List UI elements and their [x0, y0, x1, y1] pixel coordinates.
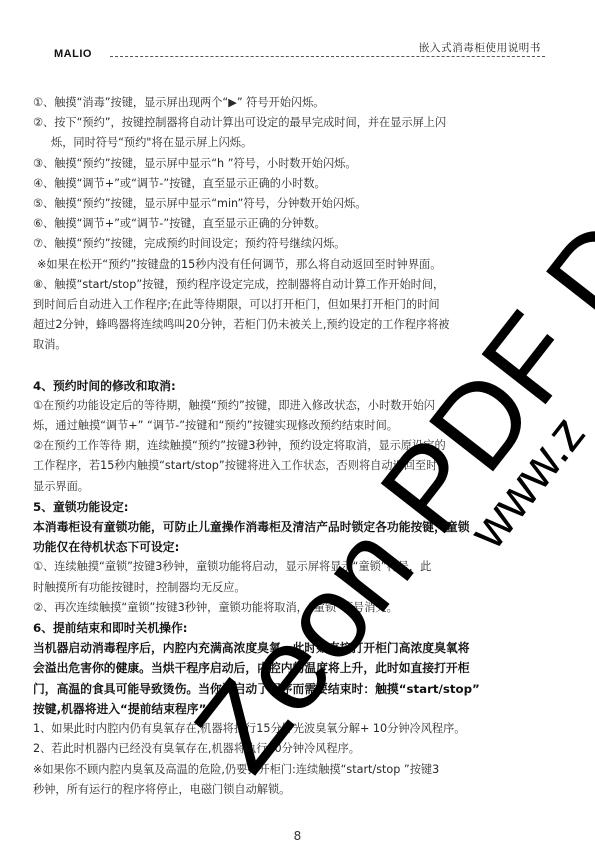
- section-4-line: 工作程序，若15秒内触摸“start/stop”按键将进入工作状态，否则将自动返…: [33, 456, 563, 476]
- section-5-heading: 5、童锁功能设定:: [33, 497, 563, 517]
- section-4-line: 显示界面。: [33, 477, 563, 497]
- section-5-line: ②、再次连续触摸“童锁”按键3秒钟，童锁功能将取消，“童锁”符号消失。: [33, 598, 563, 618]
- spacer: [33, 356, 563, 376]
- step-3: ③、触摸“预约”按键，显示屏中显示“h ”符号，小时数开始闪烁。: [33, 154, 563, 174]
- section-5-line: ①、连续触摸“童锁”按键3秒钟，童锁功能将启动，显示屏将显示“童锁”符号，此: [33, 557, 563, 577]
- section-6-line: 2、若此时机器内已经没有臭氧存在,机器将执行10分钟冷风程序。: [33, 739, 563, 759]
- section-6-line: 1、如果此时内腔内仍有臭氧存在,机器将执行15分钟光波臭氧分解+ 10分钟冷风程…: [33, 719, 563, 739]
- document-title: 嵌入式消毒柜使用说明书: [417, 40, 541, 55]
- step-1: ①、触摸“消毒”按键，显示屏出现两个“▶” 符号开始闪烁。: [33, 93, 563, 113]
- step-4: ④、触摸“调节+”或“调节-”按键，直至显示正确的小时数。: [33, 174, 563, 194]
- step-8-cont-2: 超过2分钟，蜂鸣器将连续鸣叫20分钟，若柜门仍未被关上,预约设定的工作程序将被: [33, 315, 563, 335]
- step-5: ⑤、触摸“预约”按键，显示屏中显示“min”符号，分钟数开始闪烁。: [33, 194, 563, 214]
- page-number: 8: [0, 829, 595, 843]
- step-8-cont-3: 取消。: [33, 335, 563, 355]
- step-8: ⑧、触摸“start/stop”按键，预约程序设定完成，控制器将自动计算工作开始…: [33, 275, 563, 295]
- section-4-line: ①在预约功能设定后的等待期，触摸“预约”按键，即进入修改状态，小时数开始闪: [33, 396, 563, 416]
- step-2-cont: 烁，同时符号“预约"将在显示屏上闪烁。: [33, 133, 563, 153]
- section-6-line: ※如果你不顾内腔内臭氧及高温的危险,仍要打开柜门:连续触摸“start/stop…: [33, 760, 563, 780]
- section-5-bold-line: 功能仅在待机状态下可设定:: [33, 537, 563, 557]
- section-5-bold-line: 本消毒柜设有童锁功能，可防止儿童操作消毒柜及清洁产品时锁定各功能按键，童锁: [33, 517, 563, 537]
- section-6-bold-line: 会溢出危害你的健康。当烘干程序启动后，内腔内的温度将上升，此时如直接打开柜: [33, 658, 563, 678]
- header-dashed-rule: [110, 56, 545, 57]
- step-2: ②、按下“预约”，按键控制器将自动计算出可设定的最早完成时间，并在显示屏上闪: [33, 113, 563, 133]
- section-4-heading: 4、预约时间的修改和取消:: [33, 376, 563, 396]
- step-6: ⑥、触摸“调节+”或“调节-”按键，直至显示正确的分钟数。: [33, 214, 563, 234]
- note-timeout: ※如果在松开“预约”按键盘的15秒内没有任何调节，那么将自动返回至时钟界面。: [33, 255, 563, 275]
- section-6-bold-line: 当机器启动消毒程序后，内腔内充满高浓度臭氧，此时如直接打开柜门高浓度臭氧将: [33, 638, 563, 658]
- section-4-line: 烁，通过触摸“调节+” “调节-”按键和“预约”按键实现修改预约结束时间。: [33, 416, 563, 436]
- step-7: ⑦、触摸“预约”按键，完成预约时间设定；预约符号继续闪烁。: [33, 234, 563, 254]
- page-content: ①、触摸“消毒”按键，显示屏出现两个“▶” 符号开始闪烁。 ②、按下“预约”，按…: [33, 93, 563, 800]
- section-6-line: 秒钟，所有运行的程序将停止，电磁门锁自动解锁。: [33, 780, 563, 800]
- section-6-bold-line: 门，高温的食具可能导致烫伤。当你误启动了程序而需要结束时：触摸“start/st…: [33, 679, 563, 699]
- section-6-bold-line: 按键,机器将进入“提前结束程序”：: [33, 699, 563, 719]
- section-4-line: ②在预约工作等待 期，连续触摸“预约”按键3秒钟，预约设定将取消，显示原设定的: [33, 436, 563, 456]
- section-6-heading: 6、提前结束和即时关机操作:: [33, 618, 563, 638]
- step-8-cont-1: 到时间后自动进入工作程序;在此等待期限，可以打开柜门，但如果打开柜门的时间: [33, 295, 563, 315]
- page-header: MALIO 嵌入式消毒柜使用说明书: [52, 38, 545, 62]
- brand-logo: MALIO: [54, 48, 92, 60]
- section-5-line: 时触摸所有功能按键时，控制器均无反应。: [33, 578, 563, 598]
